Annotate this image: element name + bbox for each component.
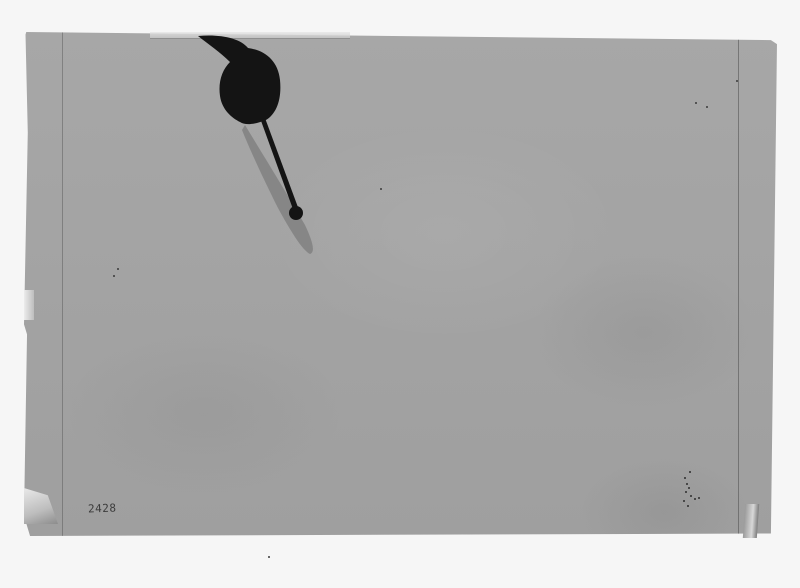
- ink-speckles: [680, 465, 710, 510]
- scan-background: 2428: [0, 0, 800, 588]
- right-margin-line: [738, 32, 739, 536]
- paper-sheet: [24, 32, 780, 536]
- catalog-number: 2428: [88, 502, 117, 516]
- left-margin-line: [62, 32, 63, 536]
- torn-left-tab: [24, 290, 34, 320]
- torn-top-edge: [150, 32, 350, 39]
- folded-bottom-right-corner: [743, 504, 759, 538]
